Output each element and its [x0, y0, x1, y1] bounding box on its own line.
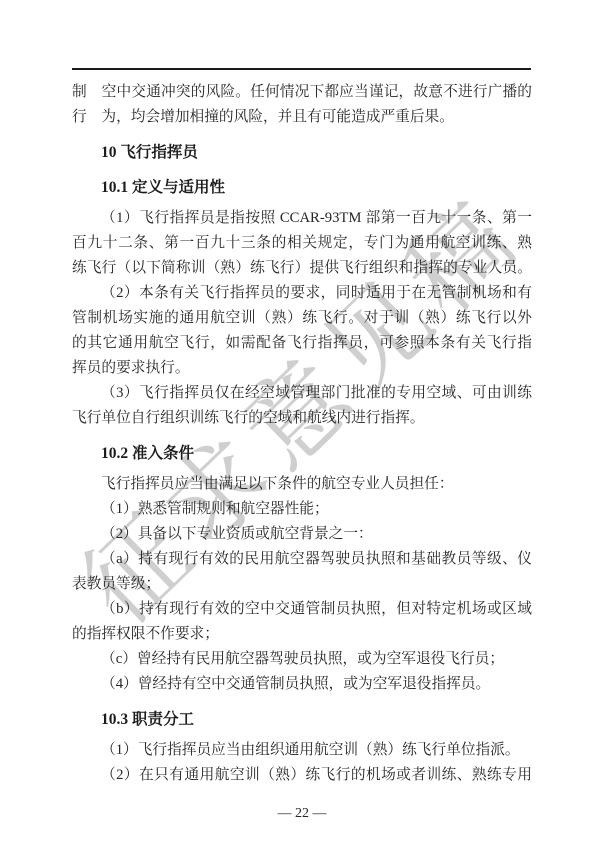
paragraph: （1）熟悉管制规则和航空器性能； [72, 497, 532, 522]
document-page: 征求意见稿 制 空中交通冲突的风险。任何情况下都应当谨记，故意不进行广播的行 为… [0, 0, 604, 855]
paragraph: （1）飞行指挥员应当由组织通用航空训（熟）练飞行单位指派。 [72, 738, 532, 763]
section-heading: 10 飞行指挥员 [72, 140, 532, 165]
document-body: 制 空中交通冲突的风险。任何情况下都应当谨记，故意不进行广播的行 为，均会增加相… [72, 80, 532, 788]
text-line: 10.2 准入条件 [72, 441, 532, 466]
text-line: （a）持有现行有效的民用航空器驾驶员执照和基础教员等级、仪 [72, 547, 532, 572]
text-line: 制 空中交通冲突的风险。任何情况下都应当谨记，故意不进行广播的 [72, 80, 532, 105]
text-line: （1）飞行指挥员是指按照 CCAR-93TM 部第一百九十一条、第一 [72, 206, 532, 231]
text-line: （b）持有现行有效的空中交通管制员执照，但对特定机场或区域 [72, 597, 532, 622]
text-line: 百九十二条、第一百九十三条的相关规定，专门为通用航空训练、熟 [72, 231, 532, 256]
text-line: 练飞行（以下简称训（熟）练飞行）提供飞行组织和指挥的专业人员。 [72, 256, 532, 281]
text-line: （4）曾经持有空中交通管制员执照，或为空军退役指挥员。 [72, 672, 532, 697]
paragraph: 飞行指挥员应当由满足以下条件的航空专业人员担任： [72, 472, 532, 497]
paragraph: （2）在只有通用航空训（熟）练飞行的机场或者训练、熟练专用 [72, 763, 532, 788]
text-line: （2）具备以下专业资质或航空背景之一： [72, 522, 532, 547]
page-footer: — 22 — [0, 806, 604, 822]
text-line: 的其它通用航空飞行，如需配备飞行指挥员，可参照本条有关飞行指 [72, 331, 532, 356]
text-line: （3）飞行指挥员仅在经空域管理部门批准的专用空域、可由训练 [72, 381, 532, 406]
text-line: 10 飞行指挥员 [72, 140, 532, 165]
text-line: （2）在只有通用航空训（熟）练飞行的机场或者训练、熟练专用 [72, 763, 532, 788]
section-heading: 10.2 准入条件 [72, 441, 532, 466]
paragraph: （b）持有现行有效的空中交通管制员执照，但对特定机场或区域的指挥权限不作要求； [72, 597, 532, 647]
page-number: — 22 — [278, 806, 327, 821]
text-line: （c）曾经持有民用航空器驾驶员执照，或为空军退役飞行员； [72, 647, 532, 672]
paragraph: （3）飞行指挥员仅在经空域管理部门批准的专用空域、可由训练飞行单位自行组织训练飞… [72, 381, 532, 431]
paragraph: （2）本条有关飞行指挥员的要求，同时适用于在无管制机场和有管制机场实施的通用航空… [72, 281, 532, 381]
paragraph: （1）飞行指挥员是指按照 CCAR-93TM 部第一百九十一条、第一百九十二条、… [72, 206, 532, 281]
text-line: 10.3 职责分工 [72, 707, 532, 732]
text-line: 飞行指挥员应当由满足以下条件的航空专业人员担任： [72, 472, 532, 497]
text-line: 表教员等级； [72, 572, 532, 597]
text-line: 10.1 定义与适用性 [72, 175, 532, 200]
section-heading: 10.3 职责分工 [72, 707, 532, 732]
text-line: （1）熟悉管制规则和航空器性能； [72, 497, 532, 522]
paragraph: 制 空中交通冲突的风险。任何情况下都应当谨记，故意不进行广播的行 为，均会增加相… [72, 80, 532, 130]
text-line: 飞行单位自行组织训练飞行的空域和航线内进行指挥。 [72, 406, 532, 431]
section-heading: 10.1 定义与适用性 [72, 175, 532, 200]
text-line: （2）本条有关飞行指挥员的要求，同时适用于在无管制机场和有 [72, 281, 532, 306]
text-line: （1）飞行指挥员应当由组织通用航空训（熟）练飞行单位指派。 [72, 738, 532, 763]
text-line: 管制机场实施的通用航空训（熟）练飞行。对于训（熟）练飞行以外 [72, 306, 532, 331]
text-line: 的指挥权限不作要求； [72, 622, 532, 647]
text-line: 挥员的要求执行。 [72, 356, 532, 381]
paragraph: （4）曾经持有空中交通管制员执照，或为空军退役指挥员。 [72, 672, 532, 697]
paragraph: （c）曾经持有民用航空器驾驶员执照，或为空军退役飞行员； [72, 647, 532, 672]
paragraph: （a）持有现行有效的民用航空器驾驶员执照和基础教员等级、仪表教员等级； [72, 547, 532, 597]
paragraph: （2）具备以下专业资质或航空背景之一： [72, 522, 532, 547]
text-line: 行 为，均会增加相撞的风险，并且有可能造成严重后果。 [72, 105, 532, 130]
header-rule [72, 68, 531, 70]
